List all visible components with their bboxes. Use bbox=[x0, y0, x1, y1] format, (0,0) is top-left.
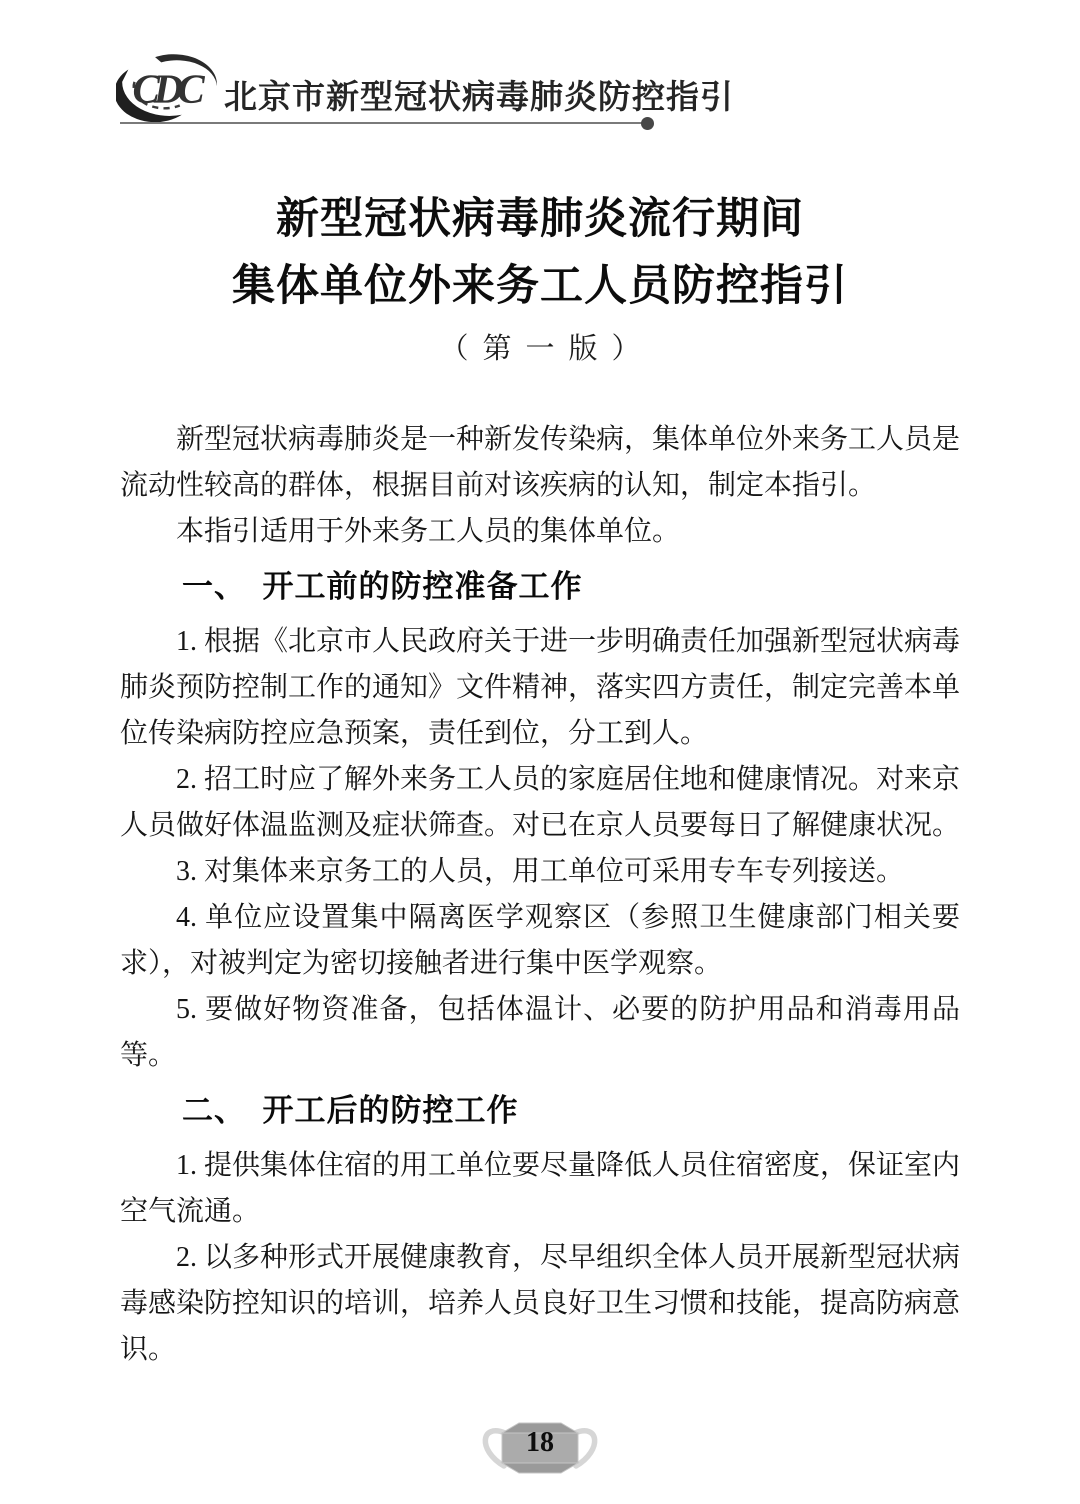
body-paragraph: 2. 以多种形式开展健康教育，尽早组织全体人员开展新型冠状病毒感染防控知识的培训… bbox=[120, 1235, 960, 1373]
page-header: CDC 北京市新型冠状病毒肺炎防控指引 bbox=[120, 56, 960, 122]
page-number: 18 bbox=[475, 1427, 605, 1459]
cdc-logo-letters: CDC bbox=[132, 65, 205, 111]
body-paragraph: 1. 提供集体住宿的用工单位要尽量降低人员住宿密度，保证室内空气流通。 bbox=[120, 1143, 960, 1235]
body-paragraph: 5. 要做好物资准备，包括体温计、必要的防护用品和消毒用品等。 bbox=[120, 987, 960, 1079]
section-heading: 二、 开工后的防控工作 bbox=[120, 1087, 960, 1135]
body-paragraph: 新型冠状病毒肺炎是一种新发传染病，集体单位外来务工人员是流动性较高的群体，根据目… bbox=[120, 417, 960, 509]
page-number-badge: 18 bbox=[475, 1418, 605, 1480]
header-rule bbox=[120, 122, 648, 124]
document-page: CDC 北京市新型冠状病毒肺炎防控指引 新型冠状病毒肺炎流行期间 集体单位外来务… bbox=[0, 0, 1080, 1504]
document-title-line2: 集体单位外来务工人员防控指引 bbox=[120, 253, 960, 320]
cdc-logo-icon: CDC bbox=[116, 50, 224, 124]
document-title: 新型冠状病毒肺炎流行期间 集体单位外来务工人员防控指引 bbox=[120, 186, 960, 320]
body-paragraph: 1. 根据《北京市人民政府关于进一步明确责任加强新型冠状病毒肺炎预防控制工作的通… bbox=[120, 619, 960, 757]
section-heading: 一、 开工前的防控准备工作 bbox=[120, 563, 960, 611]
header-rule-dot bbox=[641, 117, 654, 130]
body-paragraph: 2. 招工时应了解外来务工人员的家庭居住地和健康情况。对来京人员做好体温监测及症… bbox=[120, 757, 960, 849]
page-footer: 18 bbox=[0, 1418, 1080, 1480]
body-paragraph: 4. 单位应设置集中隔离医学观察区（参照卫生健康部门相关要求），对被判定为密切接… bbox=[120, 895, 960, 987]
document-title-line1: 新型冠状病毒肺炎流行期间 bbox=[120, 186, 960, 253]
body-paragraph: 本指引适用于外来务工人员的集体单位。 bbox=[120, 509, 960, 555]
header-title: 北京市新型冠状病毒肺炎防控指引 bbox=[224, 71, 734, 118]
body-paragraph: 3. 对集体来京务工的人员，用工单位可采用专车专列接送。 bbox=[120, 849, 960, 895]
edition-label: （第一版） bbox=[120, 326, 960, 367]
document-body: 新型冠状病毒肺炎是一种新发传染病，集体单位外来务工人员是流动性较高的群体，根据目… bbox=[120, 417, 960, 1373]
